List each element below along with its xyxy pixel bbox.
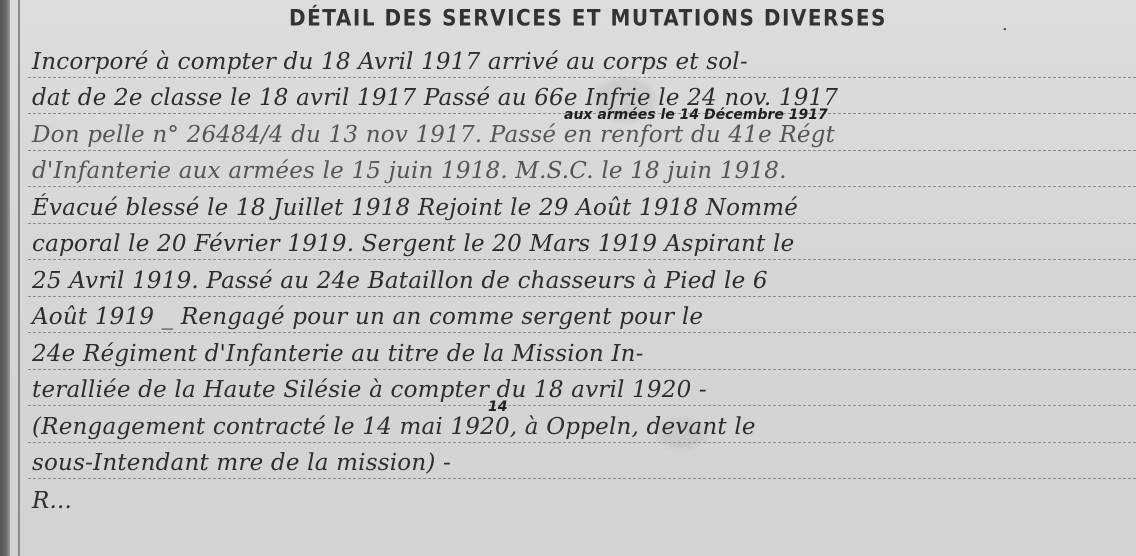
entry-text: Incorporé à compter du 18 Avril 1917 arr…	[32, 49, 748, 75]
entry-line: caporal le 20 Février 1919. Sergent le 2…	[28, 224, 1136, 261]
entry-text: sous-Intendant mre de la mission) -	[32, 450, 451, 476]
entry-line: 25 Avril 1919. Passé au 24e Bataillon de…	[28, 260, 1136, 297]
entry-text: Don pelle n° 26484/4 du 13 nov 1917. Pas…	[32, 122, 835, 148]
title-mark: .	[1002, 14, 1008, 35]
entry-line: (Rengagement contracté le 14 mai 1920, à…	[28, 406, 1136, 443]
entry-text: teralliée de la Haute Silésie à compter …	[32, 377, 707, 403]
entry-line: sous-Intendant mre de la mission) -	[28, 443, 1136, 480]
entry-line: Incorporé à compter du 18 Avril 1917 arr…	[28, 41, 1136, 78]
interlinear-annotation: aux armées le 14 Décembre 1917	[564, 107, 828, 123]
entry-text: Évacué blessé le 18 Juillet 1918 Rejoint…	[32, 195, 798, 221]
entry-text: R...	[32, 488, 72, 514]
handwritten-entries: Incorporé à compter du 18 Avril 1917 arr…	[28, 41, 1136, 516]
entry-line: Don pelle n° 26484/4 du 13 nov 1917. Pas…	[28, 114, 1136, 151]
entry-line: teralliée de la Haute Silésie à compter …	[28, 370, 1136, 407]
entry-line: Août 1919 _ Rengagé pour un an comme ser…	[28, 297, 1136, 334]
entry-line: R...	[28, 479, 1136, 516]
entry-text: 25 Avril 1919. Passé au 24e Bataillon de…	[32, 268, 768, 294]
entry-line: Évacué blessé le 18 Juillet 1918 Rejoint…	[28, 187, 1136, 224]
margin-rule	[18, 0, 20, 556]
entry-text: d'Infanterie aux armées le 15 juin 1918.…	[32, 158, 787, 184]
entry-line: 24e Régiment d'Infanterie au titre de la…	[28, 333, 1136, 370]
entry-text: Août 1919 _ Rengagé pour un an comme ser…	[32, 304, 703, 330]
entry-line: d'Infanterie aux armées le 15 juin 1918.…	[28, 151, 1136, 188]
entry-text: 24e Régiment d'Infanterie au titre de la…	[32, 341, 644, 367]
entry-text: (Rengagement contracté le 14 mai 1920, à…	[32, 414, 756, 440]
interlinear-annotation: 14	[488, 399, 507, 415]
document-title: DÉTAIL DES SERVICES ET MUTATIONS DIVERSE…	[0, 5, 1136, 31]
entry-text: caporal le 20 Février 1919. Sergent le 2…	[32, 231, 794, 257]
binding-edge	[0, 0, 10, 556]
scanned-page: DÉTAIL DES SERVICES ET MUTATIONS DIVERSE…	[0, 0, 1136, 556]
